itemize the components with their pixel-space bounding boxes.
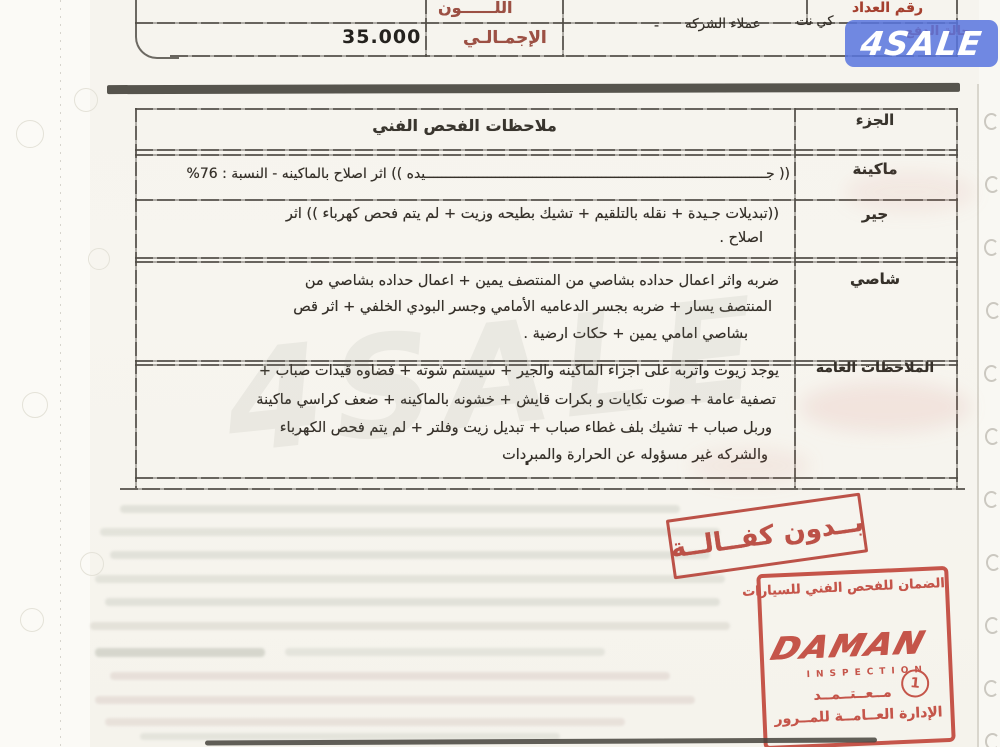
no-warranty-stamp: بــدون كفــالــة [666,493,868,580]
logo-4sale: 4SALE [845,20,998,67]
top-table-vline [562,0,564,57]
note-line: وربل صباب + تشيك بلف غطاء صباب + تبديل ز… [280,420,772,436]
top-table-hline [170,55,958,57]
table-border-left [135,108,137,488]
table-border-right [956,108,958,488]
scanned-inspection-document: رقم العداد اللــــــون حالة الدفع كي نت … [0,0,1000,747]
tractor-feed-mark [986,554,1000,571]
row-rule [135,261,958,263]
tractor-feed-mark [986,302,1000,319]
no-warranty-text: بــدون كفــالــة [669,508,866,565]
part-label-general-notes: الملاحظات العامة [794,360,956,376]
left-scan-margin [0,0,90,747]
top-table-corner [135,0,179,59]
bleed-through-line [110,551,710,559]
tractor-feed-mark [985,176,1000,193]
tractor-feed-mark [984,239,999,256]
part-label-chassis: شاصي [794,270,956,288]
bleed-through-line [105,718,625,726]
header-part: الجزء [794,111,956,129]
bleed-through-line [110,672,670,680]
punch-hole-ring [80,552,104,576]
note-line: اصلاح . [719,230,763,246]
note-line: ((تبديلات جـيدة + نقله بالتلقيم + تشيك ب… [286,206,779,222]
bleed-through-line [120,505,680,513]
punch-hole-ring [16,120,44,148]
stray-period: . [524,450,530,469]
punch-hole-ring [20,608,44,632]
header-inspection-notes: ملاحظات الفحص الفني [135,116,794,135]
bleed-through-line [105,598,720,606]
scan-band [107,83,960,94]
ink-bleed-blob [800,382,970,432]
top-table-hline [135,22,958,24]
note-line: يوجد زيوت واتربه على اجزاء الماكينه والج… [259,363,779,379]
tractor-feed-mark [984,365,999,382]
ink-bleed-blob [690,448,810,484]
note-line: بشاصي امامي يمين + حكات ارضية . [523,326,748,342]
tractor-feed-mark [985,733,1000,747]
certification-number: 1 [910,675,921,692]
color-label: اللــــــون [438,0,513,17]
tractor-feed-mark [984,680,999,697]
bleed-through-line [95,575,725,583]
total-value: 35.000 [342,26,421,48]
tractor-feed-mark [984,491,999,508]
header-rule [135,149,958,151]
row-rule [135,477,958,479]
daman-authority-label: الإدارة العــامــة للمــرور [766,704,951,728]
table-border-top [135,108,958,110]
bleed-through-line [285,648,605,656]
daman-brand: DAMAN [766,624,929,668]
table-border-bottom [120,488,965,490]
punch-hole-ring [88,248,110,270]
meter-number-label: رقم العداد [852,0,923,16]
page-edge-line [977,84,979,747]
header-rule [135,154,958,156]
bleed-through-line [100,528,720,536]
note-line: (( جــــــــــــــــــــــــــــــــــــ… [187,166,791,182]
top-table-vline [425,0,427,57]
daman-stamp: الضمان للفحص الفني للسيارات DAMAN INSPEC… [756,566,955,747]
row-rule [135,199,958,201]
logo-4sale-text: 4SALE [858,24,984,63]
daman-approved-label: مــعــتــمــد [813,684,892,703]
note-line: المنتصف يسار + ضربه بجسر الدعاميه الأمام… [293,299,772,315]
note-line: تصفية عامة + صوت تكايات و بكرات قايش + خ… [256,392,776,408]
customer-type-value: عملاء الشركه [685,16,761,32]
row-rule [135,257,958,259]
punch-hole-ring [74,88,98,112]
tractor-feed-mark [985,428,1000,445]
payment-method-value: كي نت [796,14,834,29]
tractor-feed-mark [984,113,999,130]
ink-bleed-blob [845,172,975,212]
total-label: الإجمـالـي [463,28,547,48]
tractor-feed-mark [985,617,1000,634]
daman-title: الضمان للفحص الفني للسيارات [761,576,945,599]
perforation-dotted-line [60,0,61,747]
bleed-through-line [90,622,730,630]
bleed-through-line [95,696,695,704]
note-line: ضربه واثر اعمال حداده بشاصي من المنتصف ي… [305,273,779,289]
bleed-through-line [95,648,265,657]
dash-separator: - [654,18,659,34]
punch-hole-ring [22,392,48,418]
